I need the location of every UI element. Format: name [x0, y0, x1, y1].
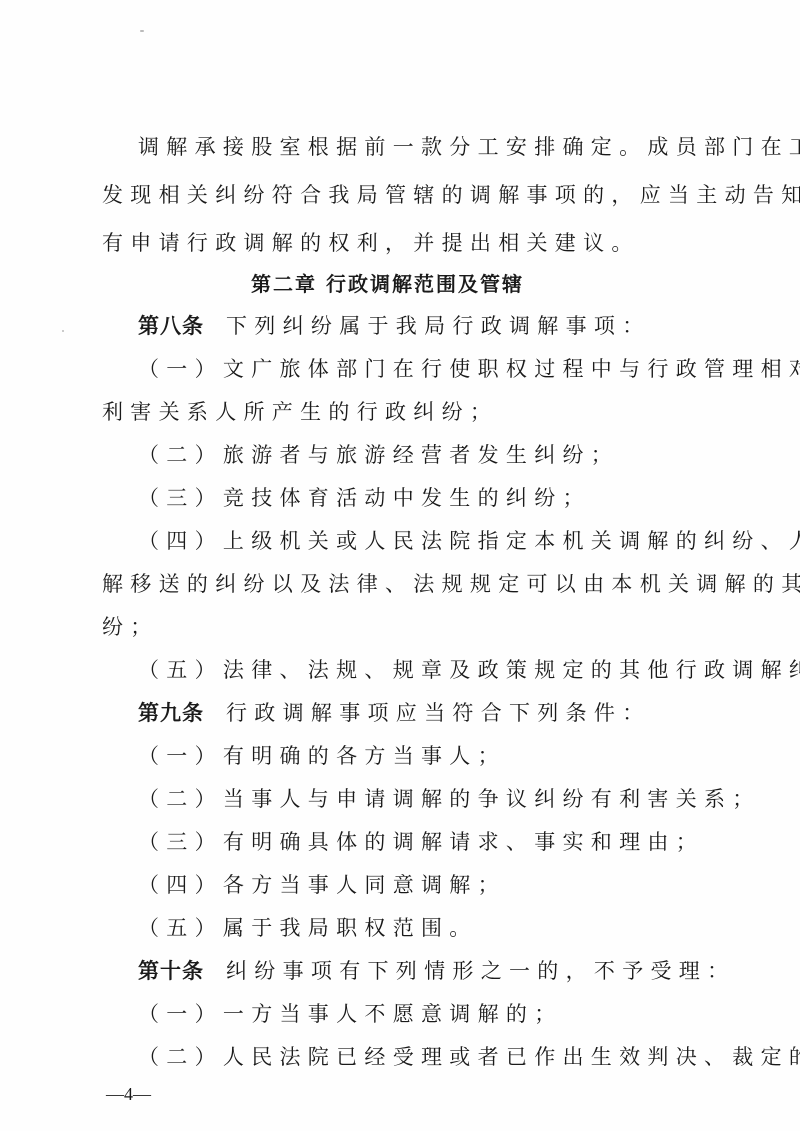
article-9-item-5: （五）属于我局职权范围。: [138, 914, 718, 942]
document-page: 调解承接股室根据前一款分工安排确定。成员部门在工作中 发现相关纠纷符合我局管辖的…: [0, 0, 800, 1131]
article-8-item-4-line-2: 解移送的纠纷以及法律、法规规定可以由本机关调解的其他纠: [102, 570, 682, 598]
scan-speck: [62, 330, 64, 332]
article-8-label: 第八条: [138, 314, 204, 338]
article-10-label: 第十条: [138, 959, 204, 983]
article-8-item-1-line-2: 利害关系人所产生的行政纠纷；: [102, 398, 682, 426]
article-8-item-4-line-3: 纷；: [102, 613, 682, 641]
article-9-item-4: （四）各方当事人同意调解；: [138, 871, 718, 899]
article-8-item-2: （二）旅游者与旅游经营者发生纠纷；: [138, 441, 718, 469]
article-9-text: 行政调解事项应当符合下列条件：: [226, 701, 651, 725]
article-9-label: 第九条: [138, 701, 204, 725]
intro-line-2: 发现相关纠纷符合我局管辖的调解事项的，应当主动告知当事人: [102, 181, 682, 209]
article-8-item-4-line-1: （四）上级机关或人民法院指定本机关调解的纠纷、人民调: [138, 527, 718, 555]
article-8-item-1-line-1: （一）文广旅体部门在行使职权过程中与行政管理相对人或: [138, 355, 718, 383]
article-10-heading: 第十条纠纷事项有下列情形之一的，不予受理：: [138, 957, 718, 985]
article-8-text: 下列纠纷属于我局行政调解事项：: [226, 314, 651, 338]
article-8-item-3: （三）竞技体育活动中发生的纠纷；: [138, 484, 718, 512]
article-10-item-1: （一）一方当事人不愿意调解的；: [138, 1000, 718, 1028]
article-10-text: 纠纷事项有下列情形之一的，不予受理：: [226, 959, 735, 983]
article-8-item-5: （五）法律、法规、规章及政策规定的其他行政调解纠纷。: [138, 656, 718, 684]
article-9-item-3: （三）有明确具体的调解请求、事实和理由；: [138, 828, 718, 856]
article-9-heading: 第九条行政调解事项应当符合下列条件：: [138, 699, 718, 727]
page-number: —4—: [106, 1082, 151, 1106]
scan-speck: [140, 30, 144, 32]
article-10-item-2: （二）人民法院已经受理或者已作出生效判决、裁定的；: [138, 1043, 718, 1071]
article-8-heading: 第八条下列纠纷属于我局行政调解事项：: [138, 312, 718, 340]
chapter-title: 第二章 行政调解范围及管辖: [0, 270, 775, 298]
intro-line-1: 调解承接股室根据前一款分工安排确定。成员部门在工作中: [138, 133, 718, 161]
article-9-item-1: （一）有明确的各方当事人；: [138, 742, 718, 770]
article-9-item-2: （二）当事人与申请调解的争议纠纷有利害关系；: [138, 785, 718, 813]
intro-line-3: 有申请行政调解的权利，并提出相关建议。: [102, 229, 682, 257]
